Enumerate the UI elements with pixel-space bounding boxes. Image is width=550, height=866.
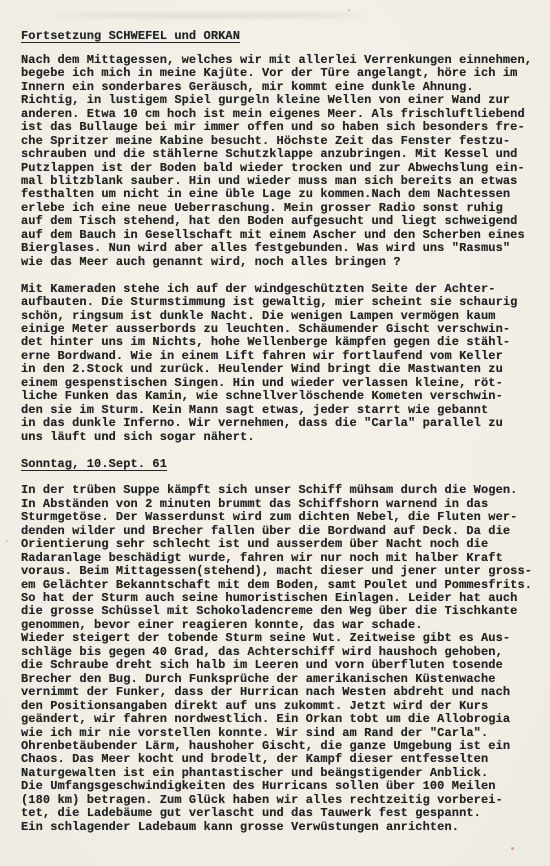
scanned-typewriter-page: Fortsetzung SCHWEFEL und ORKAN Nach dem … [0,0,550,866]
scan-speck [6,540,8,542]
paragraph-cabin-flood: Nach dem Mittagessen, welches wir mit al… [21,54,541,269]
date-heading: Sonntag, 10.Sept. 61 [21,458,541,471]
paragraph-storm-night: Mit Kameraden stehe ich auf der windgesc… [21,283,541,444]
scan-smudge-artifact [55,13,365,18]
scan-speck [348,9,350,11]
paragraph-hurricane-carla: In der trüben Suppe kämpft sich unser Sc… [21,484,541,834]
document-title: Fortsetzung SCHWEFEL und ORKAN [21,30,541,43]
page-content: Fortsetzung SCHWEFEL und ORKAN Nach dem … [21,30,541,848]
